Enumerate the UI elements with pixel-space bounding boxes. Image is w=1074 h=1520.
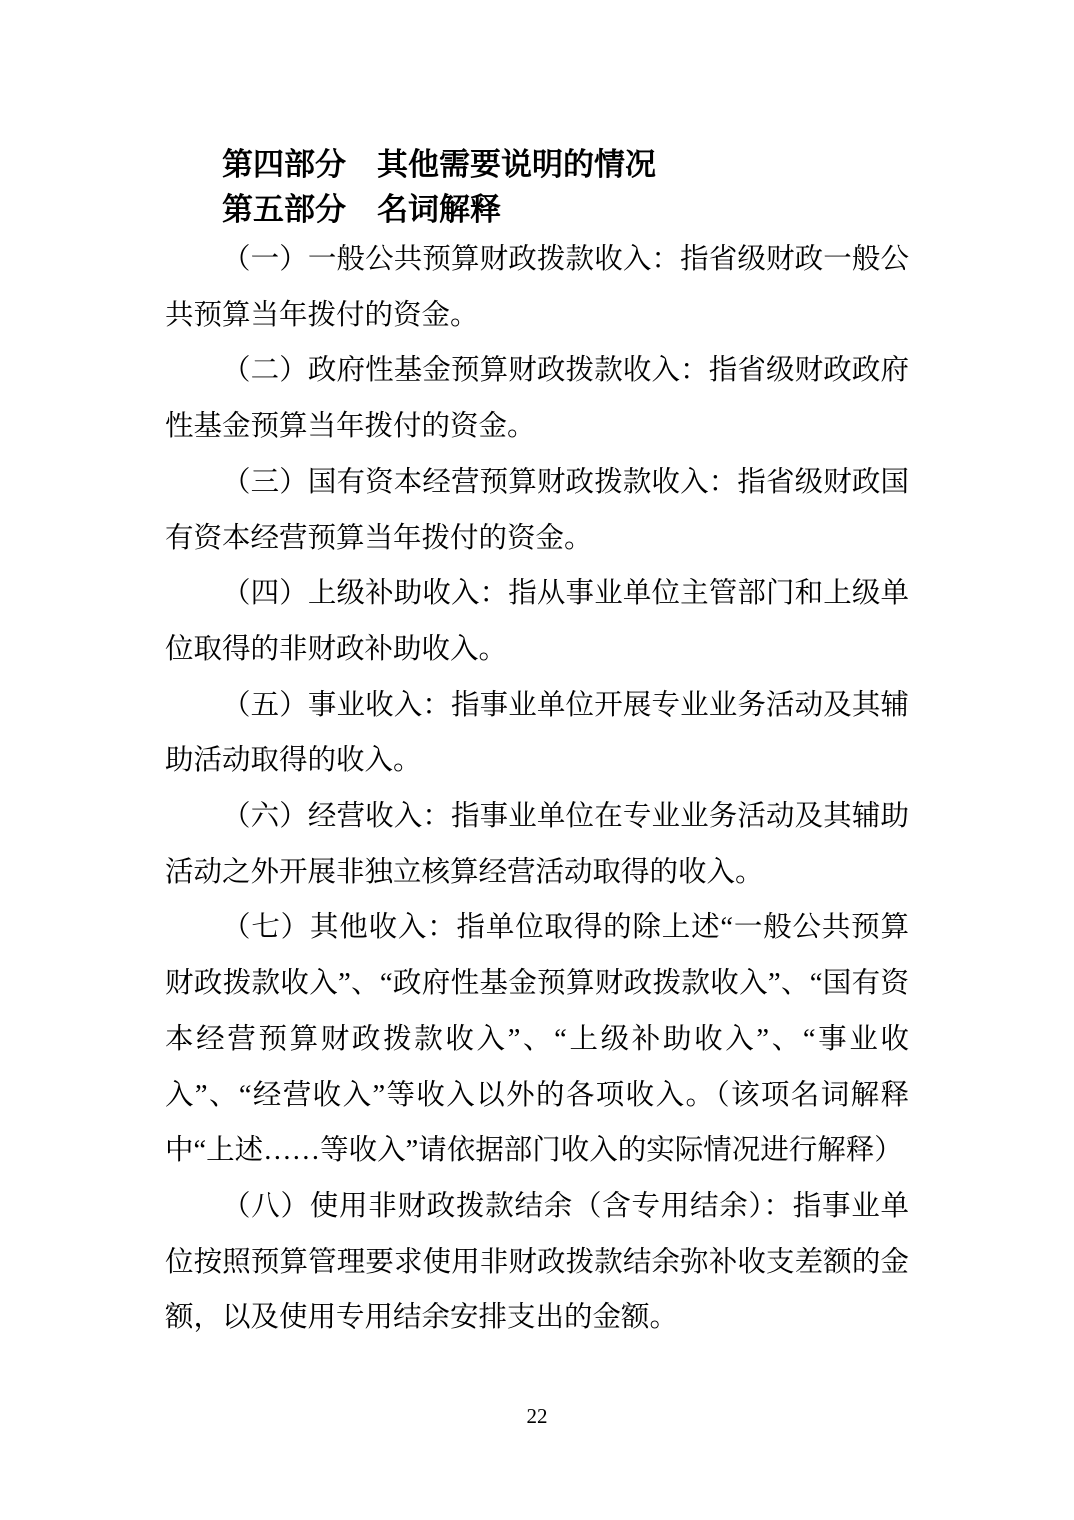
- term-definition-5: （五）事业收入：指事业单位开展专业业务活动及其辅助活动取得的收入。: [165, 678, 909, 789]
- section-title: 名词解释: [377, 192, 501, 227]
- term-definition-6: （六）经营收入：指事业单位在专业业务活动及其辅助活动之外开展非独立核算经营活动取…: [165, 789, 909, 900]
- section-title: 其他需要说明的情况: [377, 147, 656, 182]
- section-part-label: 第五部分: [222, 192, 346, 227]
- section-heading-part-4: 第四部分其他需要说明的情况: [165, 142, 909, 187]
- term-definition-7: （七）其他收入：指单位取得的除上述“一般公共预算财政拨款收入”、“政府性基金预算…: [165, 900, 909, 1179]
- term-definition-8: （八）使用非财政拨款结余（含专用结余）：指事业单位按照预算管理要求使用非财政拨款…: [165, 1179, 909, 1346]
- term-definition-3: （三）国有资本经营预算财政拨款收入：指省级财政国有资本经营预算当年拨付的资金。: [165, 455, 909, 566]
- section-heading-part-5: 第五部分名词解释: [165, 187, 909, 232]
- page-number: 22: [0, 1404, 1074, 1428]
- term-definition-2: （二）政府性基金预算财政拨款收入：指省级财政政府性基金预算当年拨付的资金。: [165, 343, 909, 454]
- term-definition-1: （一）一般公共预算财政拨款收入：指省级财政一般公共预算当年拨付的资金。: [165, 232, 909, 343]
- term-definition-4: （四）上级补助收入：指从事业单位主管部门和上级单位取得的非财政补助收入。: [165, 566, 909, 677]
- section-part-label: 第四部分: [222, 147, 346, 182]
- document-page: 第四部分其他需要说明的情况 第五部分名词解释 （一）一般公共预算财政拨款收入：指…: [0, 0, 1074, 1520]
